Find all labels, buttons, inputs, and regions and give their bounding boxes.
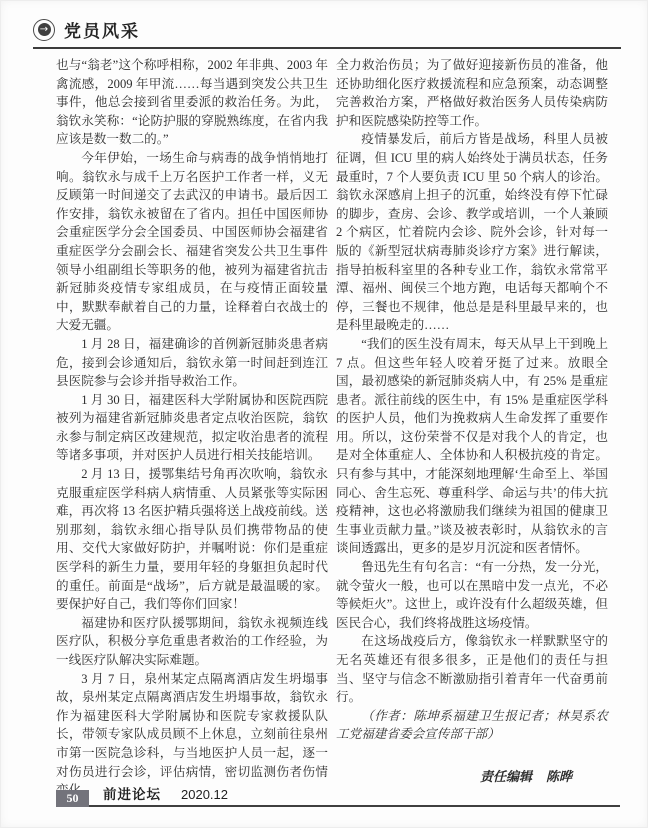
paragraph: 3 月 7 日，泉州某定点隔离酒店发生坍塌事故，泉州某定点隔离酒店发生坍塌事故，… [56,670,328,800]
paragraph: 在这场战疫后方，像翁钦永一样默默坚守的无名英雄还有很多很多，正是他们的责任与担当… [336,632,608,706]
paragraph: 2 月 13 日，援鄂集结号角再次吹响，翁钦永克服重症医学科病人病情重、人员紧张… [56,465,328,614]
paragraph: 1 月 28 日，福建确诊的首例新冠肺炎患者病危，接到会诊通知后，翁钦永第一时间… [56,335,328,391]
editor-label: 责任编辑 [480,769,532,784]
section-title: 党员风采 [64,17,140,42]
paragraph: 也与“翁老”这个称呼相称，2002 年非典、2003 年禽流感，2009 年甲流… [56,56,328,149]
page-number-badge: 50 [56,790,89,807]
paragraph: 福建协和医疗队援鄂期间，翁钦永视频连线医疗队，积极分享危重患者救治的工作经验，为… [56,614,328,670]
author-note: （作者：陈坤系福建卫生报记者；林昊系农工党福建省委会宣传部干部） [336,707,608,744]
paragraph: 鲁迅先生有句名言：“有一分热，发一分光，就令萤火一般，也可以在黑暗中发一点光，不… [336,558,608,632]
footer-rule: 前进论坛 2020.12 [89,783,620,807]
right-column: 全力救治伤员；为了做好迎接新伤员的准备，他还协助细化医疗救援流程和应急预案，动态… [336,56,608,800]
paragraph: 全力救治伤员；为了做好迎接新伤员的准备，他还协助细化医疗救援流程和应急预案，动态… [336,56,608,130]
issue-number: 2020.12 [181,787,228,802]
journal-title: 前进论坛 [103,783,161,803]
section-header: → 党员风采 [33,17,621,49]
paragraph: 疫情暴发后，前后方皆是战场，科里人员被征调，但 ICU 里的病人始终处于满员状态… [336,130,608,335]
circled-arrow-icon: → [33,19,55,41]
left-column: 也与“翁老”这个称呼相称，2002 年非典、2003 年禽流感，2009 年甲流… [56,56,328,800]
paragraph: 今年伊始，一场生命与病毒的战争悄悄地打响。翁钦永与成千上万名医护工作者一样，义无… [56,149,328,335]
arrow-right-icon: → [38,23,51,36]
magazine-page: → 党员风采 也与“翁老”这个称呼相称，2002 年非典、2003 年禽流感，2… [0,0,648,828]
page-footer: 50 前进论坛 2020.12 [56,783,620,807]
article-body: 也与“翁老”这个称呼相称，2002 年非典、2003 年禽流感，2009 年甲流… [56,56,608,800]
paragraph: 1 月 30 日，福建医科大学附属协和医院西院被列为福建省新冠肺炎患者定点收治医… [56,391,328,465]
paragraph: “我们的医生没有周末，每天从早上干到晚上 7 点。但这些年轻人咬着牙挺了过来。放… [336,335,608,558]
editor-name: 陈晔 [546,769,572,784]
